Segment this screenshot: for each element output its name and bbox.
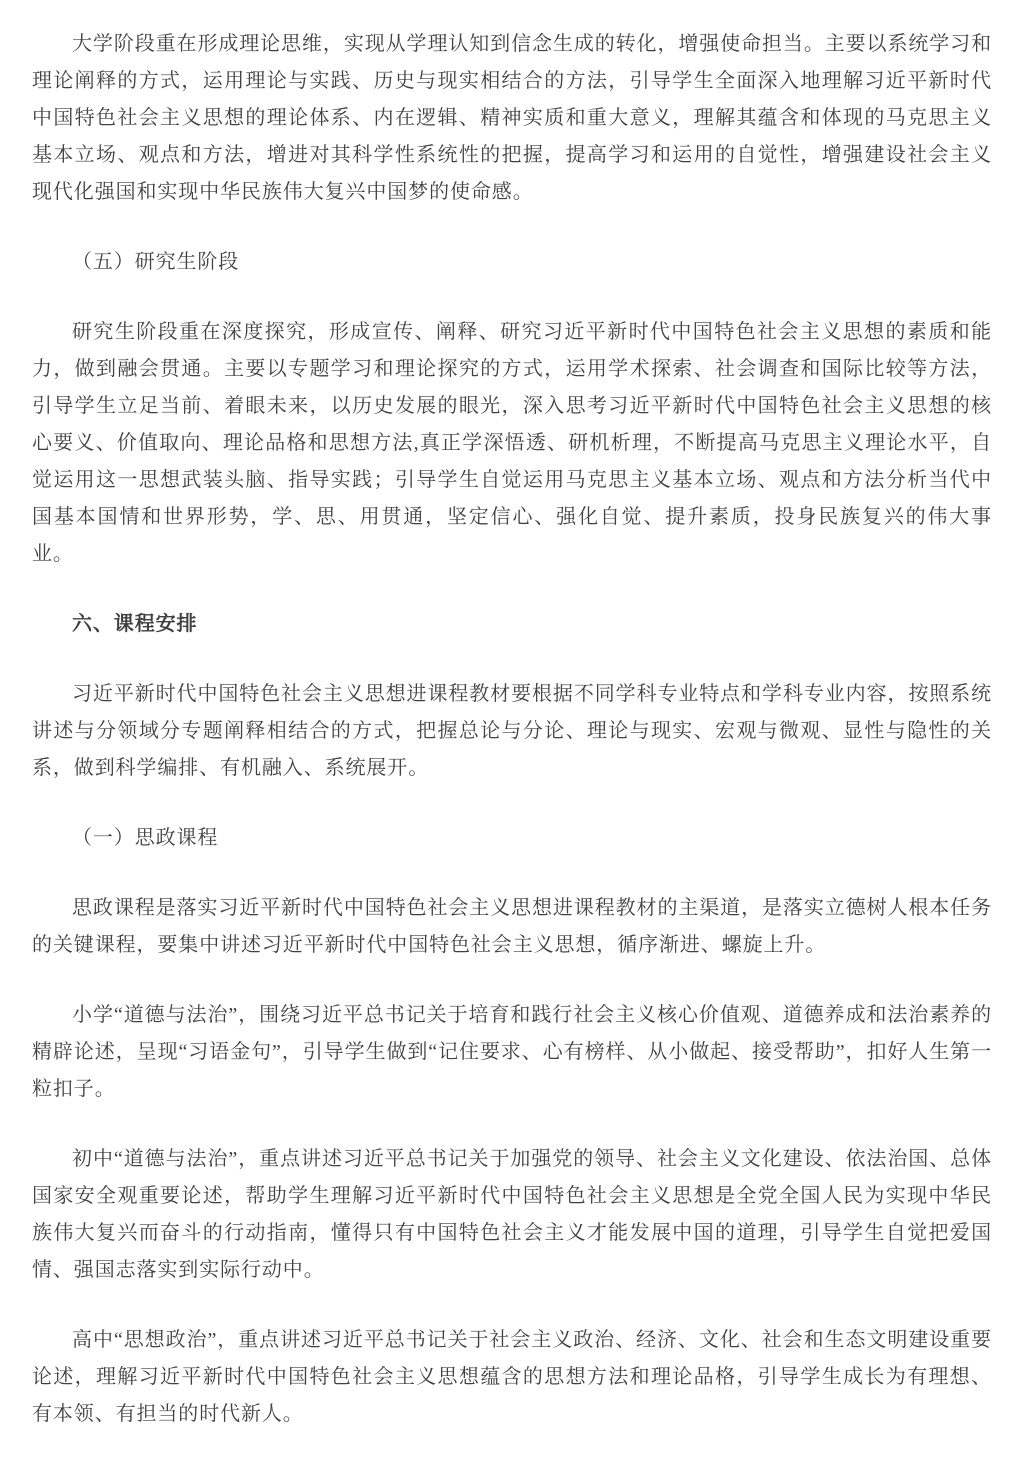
heading-graduate-stage: （五）研究生阶段 — [32, 244, 992, 281]
heading-course-arrangement: 六、课程安排 — [32, 606, 992, 643]
paragraph-ideological-political-courses: 思政课程是落实习近平新时代中国特色社会主义思想进课程教材的主渠道，是落实立德树人… — [32, 890, 992, 964]
paragraph-middle-school-morality-law: 初中“道德与法治”，重点讲述习近平总书记关于加强党的领导、社会主义文化建设、依法… — [32, 1141, 992, 1289]
paragraph-high-school-ideological-politics: 高中“思想政治”，重点讲述习近平总书记关于社会主义政治、经济、文化、社会和生态文… — [32, 1322, 992, 1433]
paragraph-course-arrangement-intro: 习近平新时代中国特色社会主义思想进课程教材要根据不同学科专业特点和学科专业内容，… — [32, 676, 992, 787]
paragraph-primary-school-morality-law: 小学“道德与法治”，围绕习近平总书记关于培育和践行社会主义核心价值观、道德养成和… — [32, 997, 992, 1108]
paragraph-graduate-stage: 研究生阶段重在深度探究，形成宣传、阐释、研究习近平新时代中国特色社会主义思想的素… — [32, 314, 992, 573]
heading-ideological-political-courses: （一）思政课程 — [32, 820, 992, 857]
document-page: 大学阶段重在形成理论思维，实现从学理认知到信念生成的转化，增强使命担当。主要以系… — [0, 0, 1024, 1473]
paragraph-university-stage: 大学阶段重在形成理论思维，实现从学理认知到信念生成的转化，增强使命担当。主要以系… — [32, 26, 992, 211]
